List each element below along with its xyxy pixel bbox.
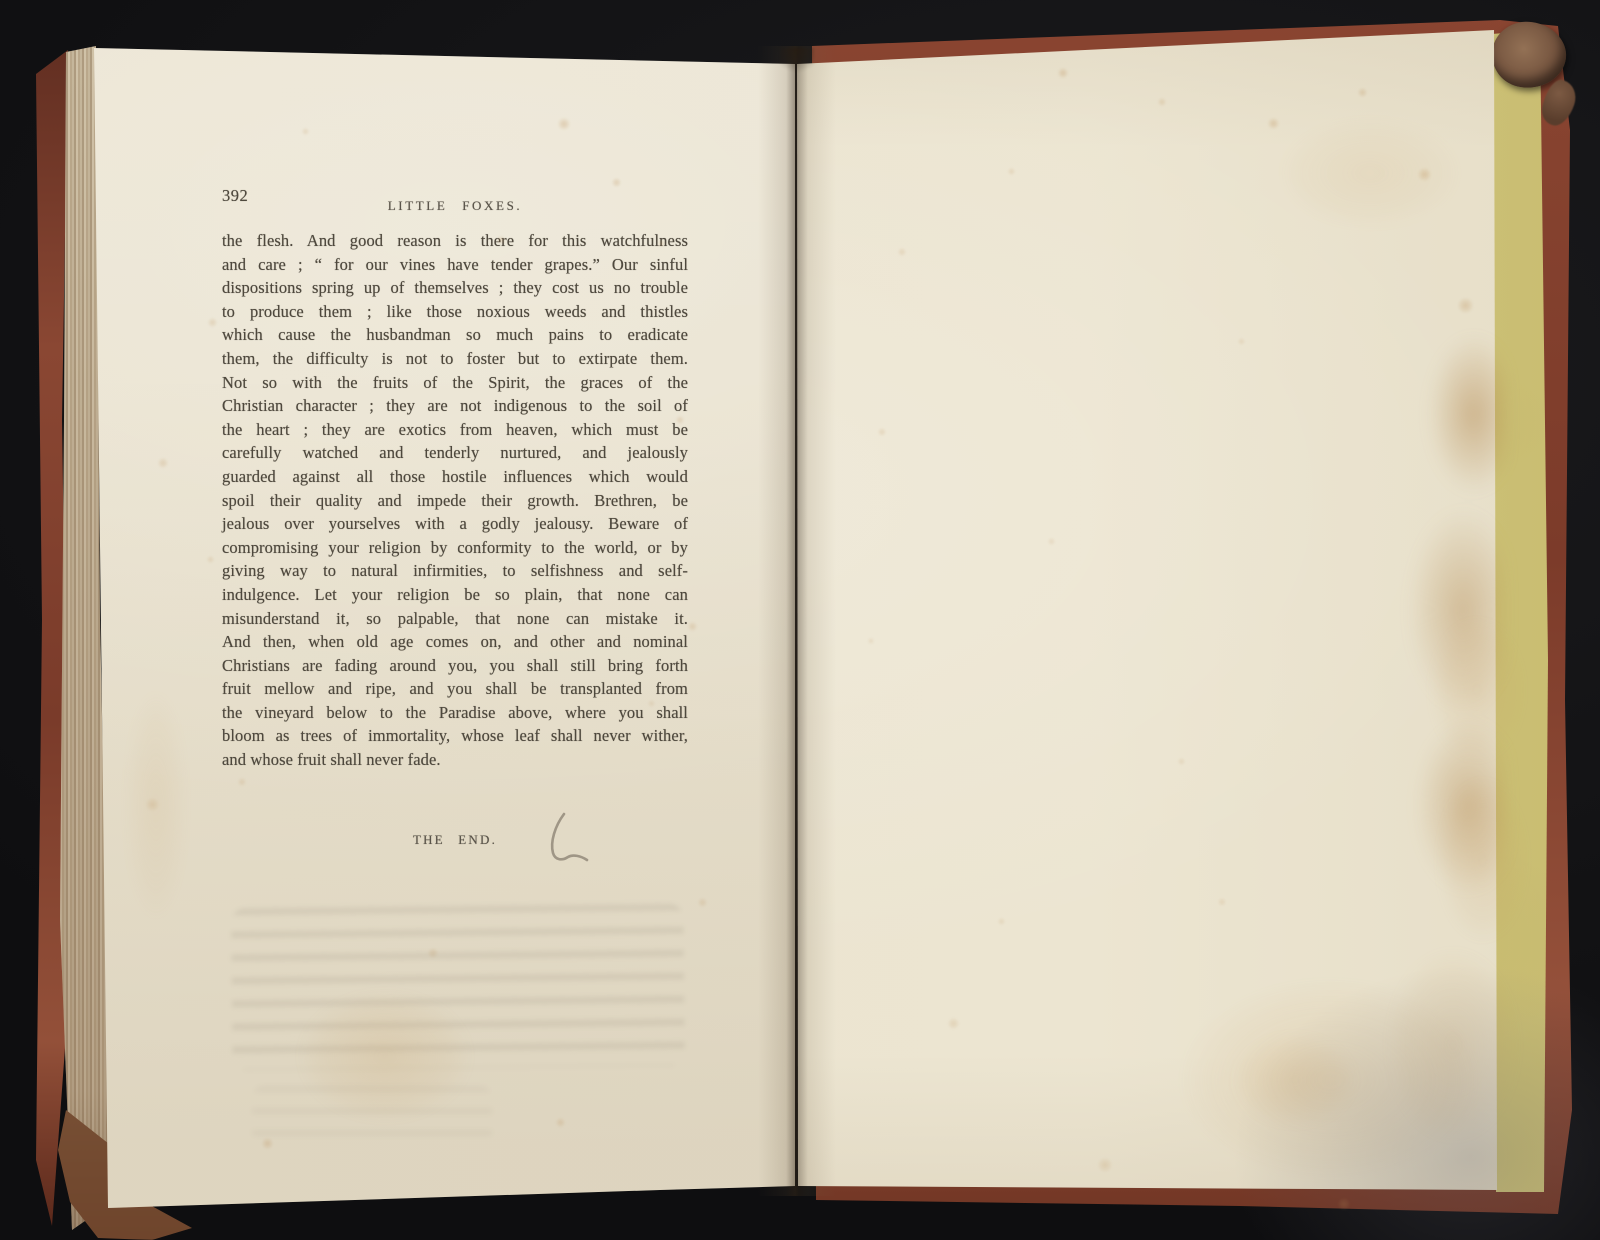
foxing-spot bbox=[158, 458, 168, 468]
text-line: misunderstand it, so palpable, that none… bbox=[222, 609, 688, 633]
text-line: fruit mellow and ripe, and you shall be … bbox=[222, 679, 688, 703]
foxing-spot bbox=[1268, 118, 1279, 129]
foxing-spot bbox=[948, 1018, 959, 1029]
text-line: the vineyard below to the Paradise above… bbox=[222, 703, 688, 727]
foxing-spot bbox=[1338, 1198, 1350, 1210]
text-line: guarded against all those hostile influe… bbox=[222, 467, 688, 491]
stain bbox=[1432, 620, 1522, 760]
body-text: the flesh. And good reason is there for … bbox=[222, 231, 688, 774]
stain bbox=[1235, 1035, 1355, 1125]
foxing-spot bbox=[1218, 898, 1226, 906]
foxing-spot bbox=[497, 236, 505, 244]
text-line: Not so with the fruits of the Spirit, th… bbox=[222, 373, 688, 397]
stain bbox=[126, 690, 186, 920]
foxing-spot bbox=[1008, 168, 1015, 175]
foxing-spot bbox=[698, 898, 707, 907]
foxing-spot bbox=[1048, 538, 1055, 545]
text-line: Christians are fading around you, you sh… bbox=[222, 656, 688, 680]
text-line: compromising your religion by conformity… bbox=[222, 538, 688, 562]
foxing-spot bbox=[1158, 98, 1166, 106]
text-line: jealous over yourselves with a godly jea… bbox=[222, 514, 688, 538]
text-line: to produce them ; like those noxious wee… bbox=[222, 302, 688, 326]
foxing-spot bbox=[658, 240, 665, 247]
foxing-spot bbox=[302, 128, 309, 135]
text-line: And then, when old age comes on, and oth… bbox=[222, 632, 688, 656]
foxing-spot bbox=[688, 622, 697, 631]
foxing-spot bbox=[998, 918, 1005, 925]
foxing-spot bbox=[262, 1138, 273, 1149]
text-line: carefully watched and tenderly nurtured,… bbox=[222, 443, 688, 467]
foxing-spot bbox=[1178, 758, 1185, 765]
gutter-notch bbox=[780, 48, 814, 78]
foxing-spot bbox=[898, 248, 906, 256]
foxing-spot bbox=[676, 416, 684, 424]
text-line: indulgence. Let your religion be so plai… bbox=[222, 585, 688, 609]
gutter bbox=[758, 46, 836, 1196]
text-line: the flesh. And good reason is there for … bbox=[222, 231, 688, 255]
text-line: which cause the husbandman so much pains… bbox=[222, 325, 688, 349]
foxing-spot bbox=[1098, 1158, 1112, 1172]
text-line: and whose fruit shall never fade. bbox=[222, 750, 688, 774]
text-line: the heart ; they are exotics from heaven… bbox=[222, 420, 688, 444]
book-photo: 392 LITTLE FOXES. the flesh. And good re… bbox=[0, 0, 1600, 1240]
foxing-spot bbox=[556, 1118, 565, 1127]
foxing-spot bbox=[238, 778, 246, 786]
foxing-spot bbox=[648, 700, 655, 707]
text-line: dispositions spring up of themselves ; t… bbox=[222, 278, 688, 302]
foxing-spot bbox=[1358, 88, 1367, 97]
foxing-spot bbox=[868, 638, 874, 644]
the-end-label: THE END. bbox=[222, 832, 688, 848]
text-line: giving way to natural infirmities, to se… bbox=[222, 561, 688, 585]
stain bbox=[300, 992, 470, 1120]
foxing-spot bbox=[428, 948, 438, 958]
foxing-spot bbox=[1058, 68, 1068, 78]
foxing-spot bbox=[612, 178, 621, 187]
text-line: them, the difficulty is not to foster bu… bbox=[222, 349, 688, 373]
text-line: Christian character ; they are not indig… bbox=[222, 396, 688, 420]
stain bbox=[1280, 118, 1460, 228]
foxing-spot bbox=[207, 556, 214, 563]
foxing-spot bbox=[208, 318, 217, 327]
running-header: LITTLE FOXES. bbox=[222, 198, 688, 214]
stain bbox=[1440, 780, 1525, 940]
text-line: and care ; “ for our vines have tender g… bbox=[222, 255, 688, 279]
foxing-spot bbox=[1238, 338, 1245, 345]
foxing-spot bbox=[878, 428, 886, 436]
foxing-spot bbox=[558, 118, 570, 130]
text-line: bloom as trees of immortality, whose lea… bbox=[222, 726, 688, 750]
text-line: spoil their quality and impede their gro… bbox=[222, 491, 688, 515]
foxing-spot bbox=[1458, 298, 1473, 313]
pencil-mark-icon bbox=[540, 810, 592, 868]
